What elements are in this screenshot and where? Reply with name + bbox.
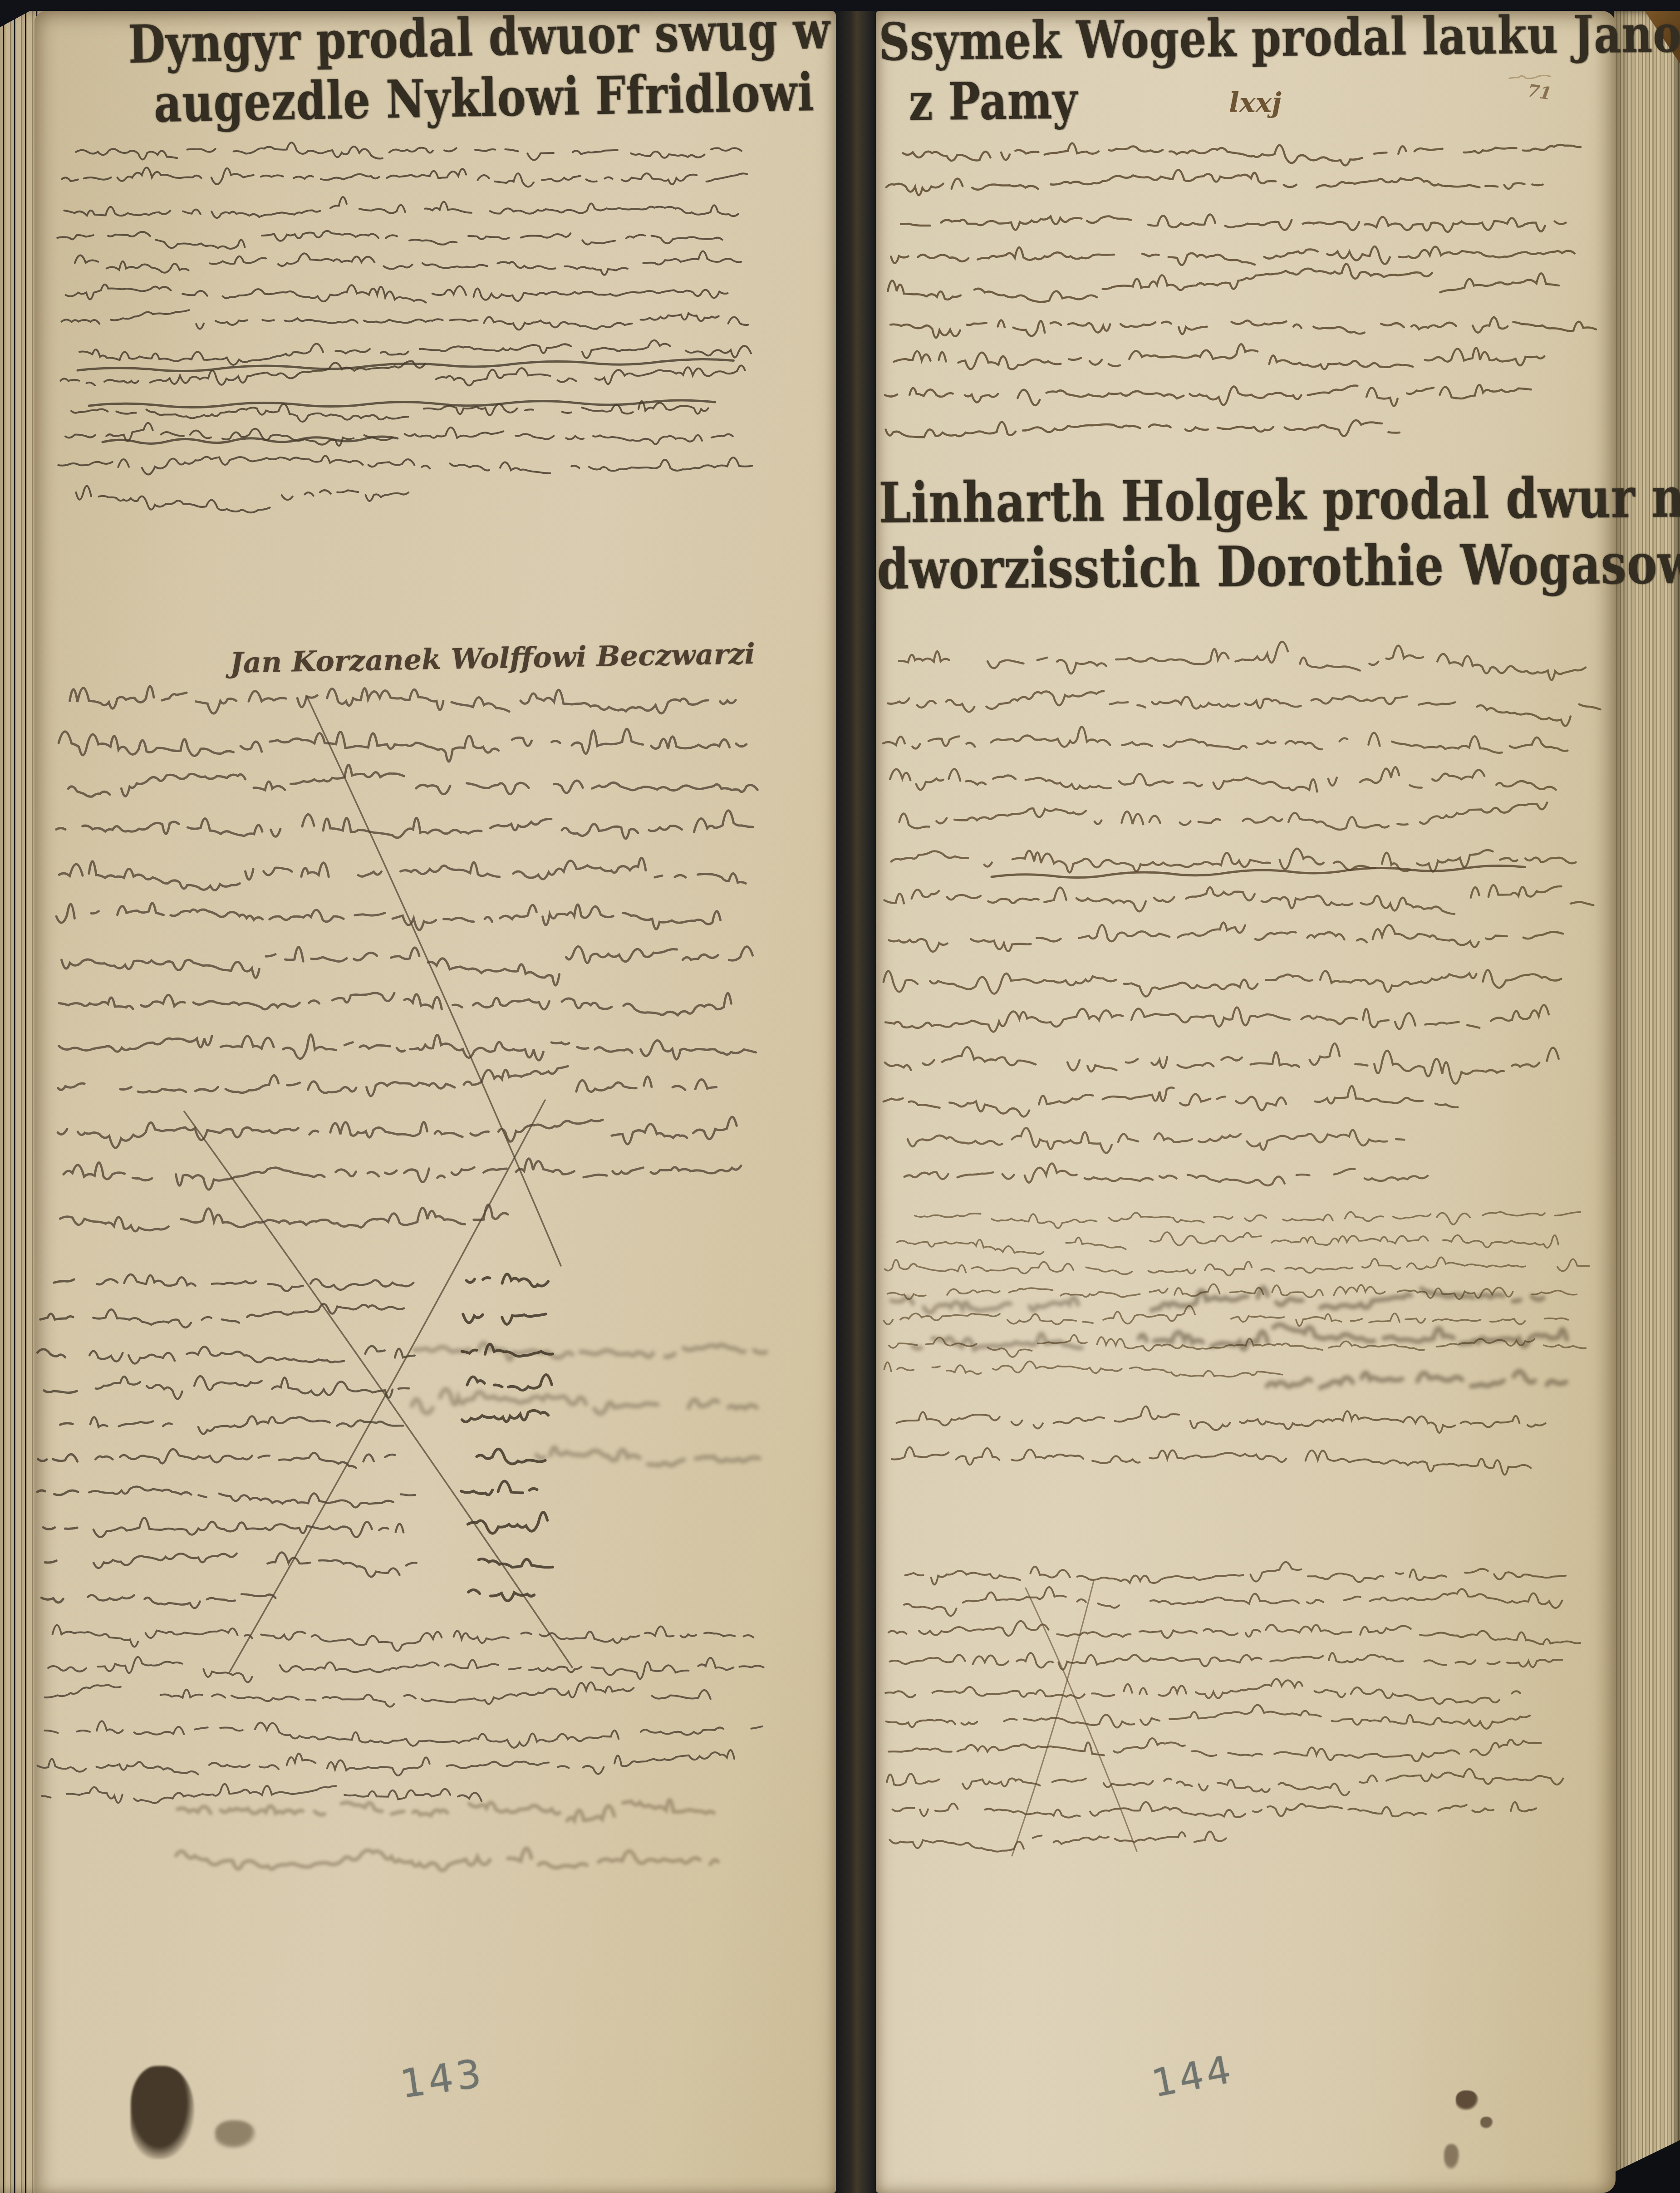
left-page: Dyngyr prodal dwuor swug w augezdle Nykl… [34,11,836,2193]
right-page-folio-roman: lxxj [1229,87,1282,119]
left-page-title-line2: augezdle Nyklowi Ffridlowi [153,62,815,135]
right-page: Ssymek Wogek prodal lauku Janowi z Pamy … [876,11,1616,2193]
manuscript-scan: Dyngyr prodal dwuor swug w augezdle Nykl… [0,0,1680,2193]
right-page-section-heading-line2: dworzisstich Dorothie Wogasowy [877,531,1680,602]
ink-stain [1480,2117,1493,2129]
right-page-handwriting-layer [876,11,1616,2193]
ink-stain [1444,2144,1459,2169]
ink-stain [215,2120,256,2149]
right-page-section-heading-line1: Linharth Holgek prodal dwur na [879,464,1680,536]
ink-stain [1456,2090,1479,2110]
left-page-subheading: Jan Korzanek Wolffowi Beczwarzi [230,637,756,679]
left-page-handwriting-layer [34,11,836,2193]
book-gutter-shadow [834,11,878,2193]
ink-stain [131,2066,194,2159]
right-fore-edge [1614,11,1680,2193]
right-page-title-line2: z Pamy [909,70,1078,132]
right-page-corner-annotation: 71 [1526,80,1553,104]
right-page-number: 144 [1148,2046,1238,2106]
right-page-title-line1: Ssymek Wogek prodal lauku Janowi [879,3,1680,72]
left-page-number: 143 [398,2050,487,2107]
